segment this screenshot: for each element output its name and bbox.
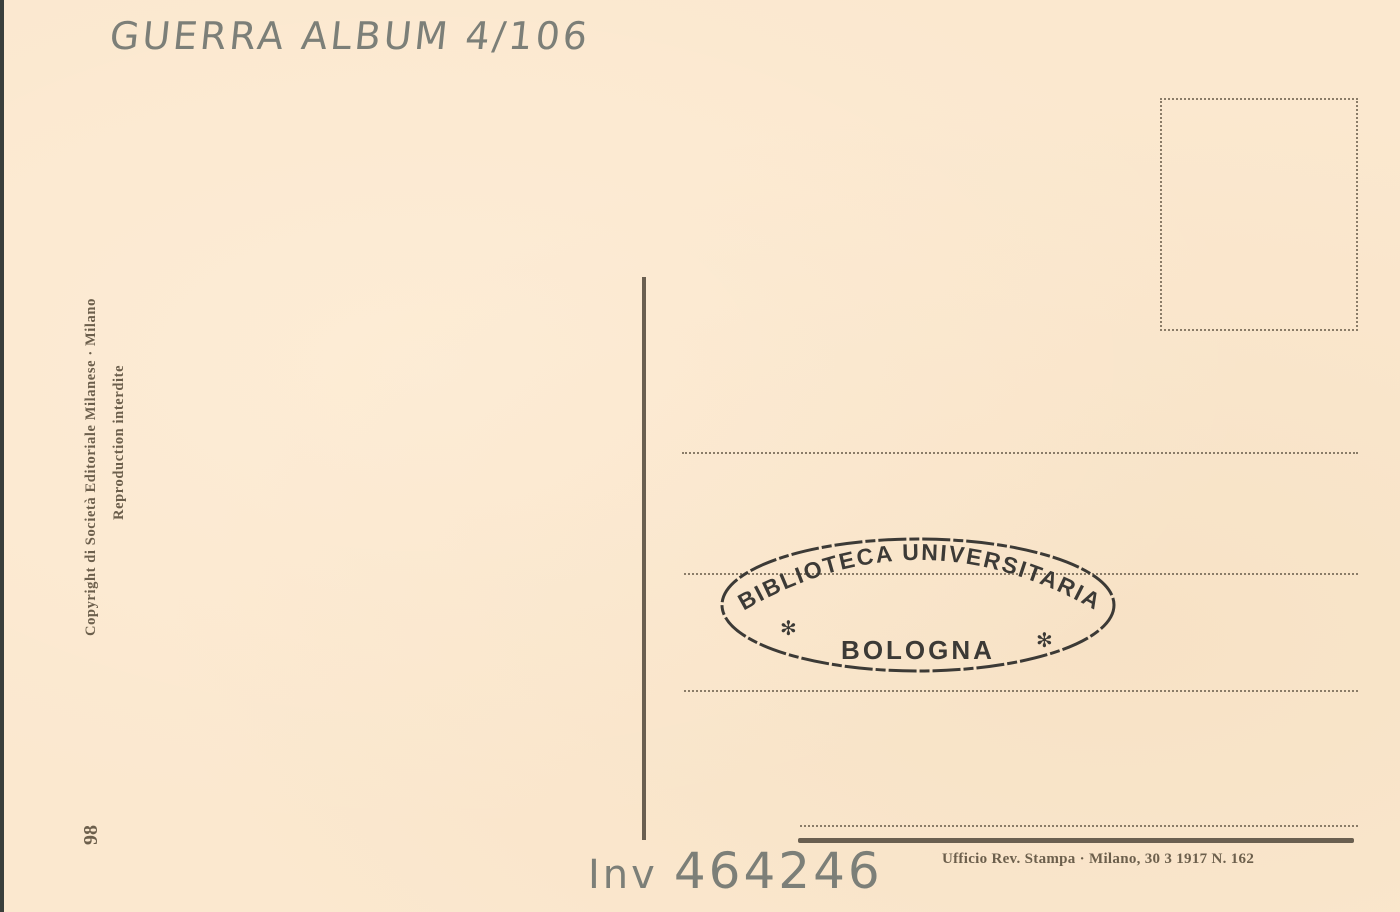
address-line-4: [800, 825, 1358, 827]
card-number: 98: [80, 825, 103, 845]
asterisk-left-icon: ✻: [780, 618, 797, 640]
inventory-number: 464246: [674, 842, 883, 900]
censorship-footer: Ufficio Rev. Stampa · Milano, 30 3 1917 …: [942, 851, 1254, 868]
address-line-3: [684, 690, 1358, 692]
reproduction-notice: Reproduction interdite: [111, 365, 128, 520]
copyright-notice: Copyright di Società Editoriale Milanese…: [83, 298, 100, 636]
stamp-text-line1: BIBLIOTECA UNIVERSITARIA: [733, 539, 1106, 615]
center-divider-line: [642, 277, 646, 840]
scan-edge: [0, 0, 4, 912]
stamp-text-line2: BOLOGNA: [841, 635, 995, 665]
library-stamp: BIBLIOTECA UNIVERSITARIA BOLOGNA ✻ ✻: [718, 535, 1118, 675]
asterisk-right-icon: ✻: [1036, 630, 1053, 652]
inventory-label: Inv: [588, 852, 658, 898]
postage-stamp-box: [1160, 98, 1358, 331]
svg-text:BIBLIOTECA UNIVERSITARIA: BIBLIOTECA UNIVERSITARIA: [733, 539, 1106, 615]
address-line-1: [682, 452, 1358, 454]
library-stamp-oval-icon: BIBLIOTECA UNIVERSITARIA BOLOGNA ✻ ✻: [718, 535, 1118, 675]
inventory-note: Inv464246: [588, 842, 883, 900]
handwritten-album-note: GUERRA ALBUM 4/106: [108, 14, 593, 58]
